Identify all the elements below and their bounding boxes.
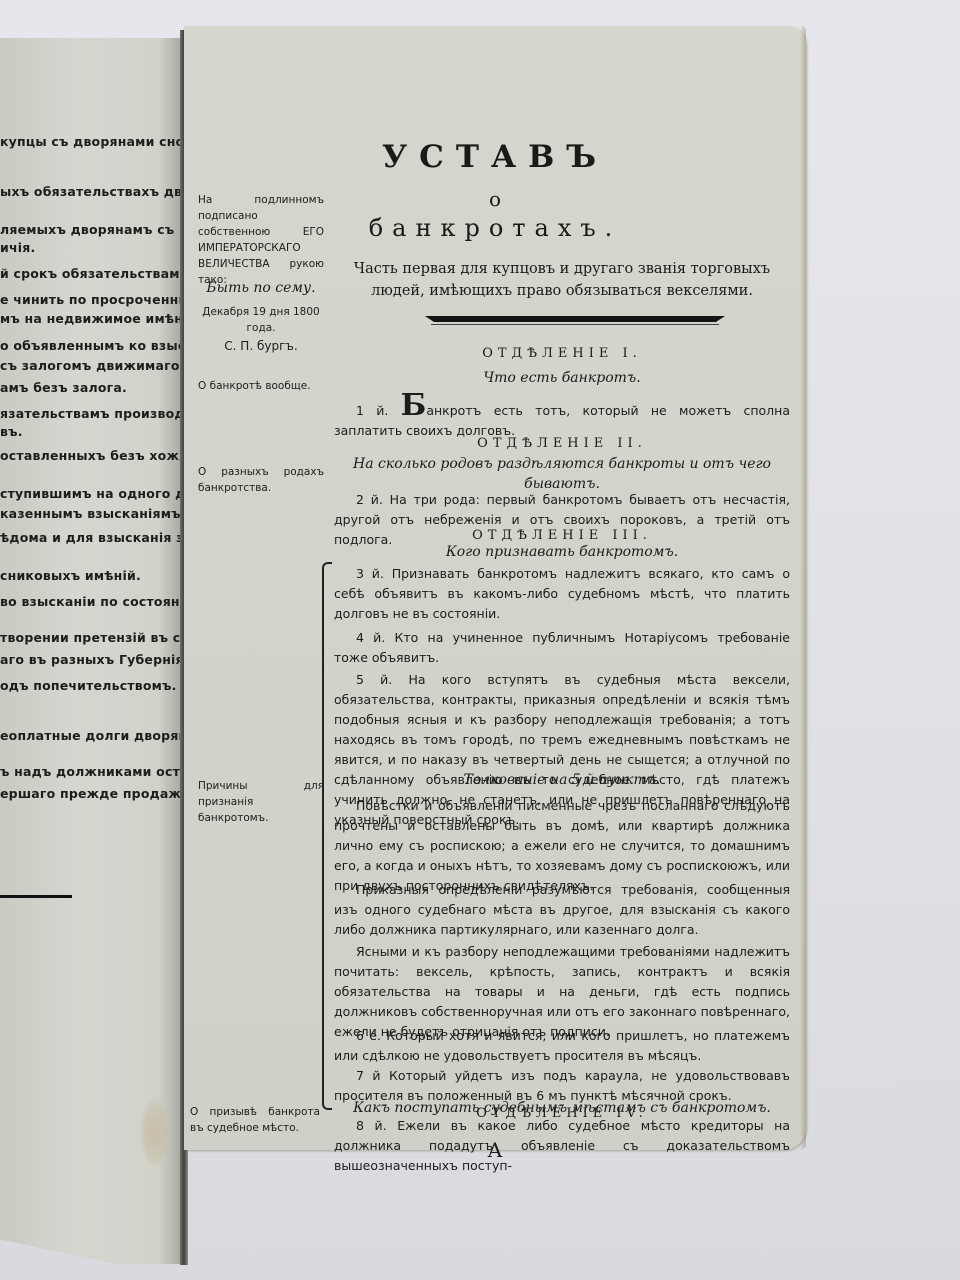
- margin-note: Причины для признанія банкротомъ.: [198, 778, 324, 826]
- left-page-line: оставленныхъ безъ хожденія: [0, 448, 186, 463]
- page-title: УСТАВЪ: [184, 139, 806, 175]
- left-page-line: ершаго прежде продажи имѣнія,: [0, 786, 186, 801]
- left-page-line: въ.: [0, 424, 23, 439]
- section-title: Какъ поступать судебнымъ мѣстамъ съ банк…: [334, 1100, 790, 1116]
- left-page-line: одъ попечительствомъ.: [0, 678, 177, 693]
- section-title: На сколько родовъ раздѣляются банкроты и…: [334, 454, 790, 494]
- section-bracket: [322, 562, 332, 1110]
- drop-cap: Б: [401, 388, 427, 423]
- left-page-end-rule: [0, 895, 72, 898]
- approval-date: Декабря 19 дня 1800 года.: [198, 304, 324, 336]
- left-page-line: о объявленнымъ ко взысканію: [0, 338, 186, 353]
- paragraph-1: 1 й. Банкротъ есть тотъ, который не може…: [334, 396, 790, 441]
- approval-place: С. П. бургъ.: [198, 338, 324, 354]
- document-page: УСТАВЪ о банкротахъ. Часть первая для ку…: [184, 26, 806, 1150]
- interpretation-title: Толкованіе на 5 й пунктъ.: [334, 772, 790, 788]
- left-page-line: ступившимъ на одного должника: [0, 486, 186, 501]
- left-page-line: аго въ разныхъ Губерніяхъ.: [0, 652, 186, 667]
- ornamental-rule-thin: [431, 324, 719, 325]
- margin-note: О банкротѣ вообще.: [198, 378, 324, 394]
- margin-note: О призывѣ банкрота въ судебное мѣсто.: [190, 1104, 320, 1136]
- left-page-line: язательствамъ производств: [0, 406, 186, 421]
- left-page-line: во взысканіи по состоянію дол: [0, 594, 186, 609]
- left-page-line: ичія.: [0, 240, 35, 255]
- section-title: Кого признавать банкротомъ.: [334, 544, 790, 560]
- interpretation-paragraph: Приказныя опредѣленіи разумѣются требова…: [334, 880, 790, 940]
- printer-signature-mark: A: [184, 1138, 806, 1162]
- left-page-line: ъ надъ должниками остается: [0, 764, 186, 779]
- left-page-line: казеннымъ взысканіямъ.: [0, 506, 186, 521]
- margin-note: О разныхъ родахъ банкротства.: [198, 464, 324, 496]
- left-page-line: й срокъ обязательствамъ.: [0, 266, 186, 281]
- title-description: Часть первая для купцовъ и другаго звані…: [334, 258, 790, 302]
- left-page-line: е чинить по просроченнымъ: [0, 292, 186, 307]
- paper-stain: [140, 1098, 170, 1168]
- left-page-line: сниковыхъ имѣній.: [0, 568, 141, 583]
- left-page-line: еоплатные долги дворянъ: [0, 728, 186, 743]
- left-page-line: ляемыхъ дворянамъ съ куп-: [0, 222, 186, 237]
- paragraph-number: 1 й.: [356, 403, 388, 418]
- imperial-signature: Быть по сему.: [198, 280, 324, 297]
- left-page-line: ыхъ обязательствахъ дворянъ: [0, 184, 186, 199]
- section-heading: ОТДѢЛЕНІЕ I.: [334, 346, 790, 361]
- left-page-line: мъ на недвижимое имѣніе.: [0, 311, 186, 326]
- left-facing-page: купцы съ дворянами сноситься ыхъ обязате…: [0, 38, 186, 1264]
- left-page-line: ѣдома и для взысканія заемныхъ: [0, 530, 186, 545]
- left-page-line: купцы съ дворянами сноситься: [0, 134, 186, 149]
- left-page-line: амъ безъ залога.: [0, 380, 127, 395]
- left-page-line: съ залогомъ движимаго имѣнія: [0, 358, 186, 373]
- section-title: Что есть банкротъ.: [334, 370, 790, 386]
- section-heading: ОТДѢЛЕНІЕ II.: [334, 436, 790, 451]
- imperial-approval-note: На подлинномъ подписано собственною ЕГО …: [198, 192, 324, 288]
- paragraph-6: 6 е. Который хотя и явится, или кого при…: [334, 1026, 790, 1066]
- paragraph-4: 4 й. Кто на учиненное публичнымъ Нотаріу…: [334, 628, 790, 668]
- left-page-line: творении претензій въ случаѣ: [0, 630, 186, 645]
- imperial-signature-text: Быть по сему.: [206, 280, 315, 296]
- paragraph-3: 3 й. Признавать банкротомъ надлежитъ вся…: [334, 564, 790, 624]
- section-heading: ОТДѢЛЕНІЕ III.: [334, 528, 790, 543]
- ornamental-rule: [425, 316, 725, 322]
